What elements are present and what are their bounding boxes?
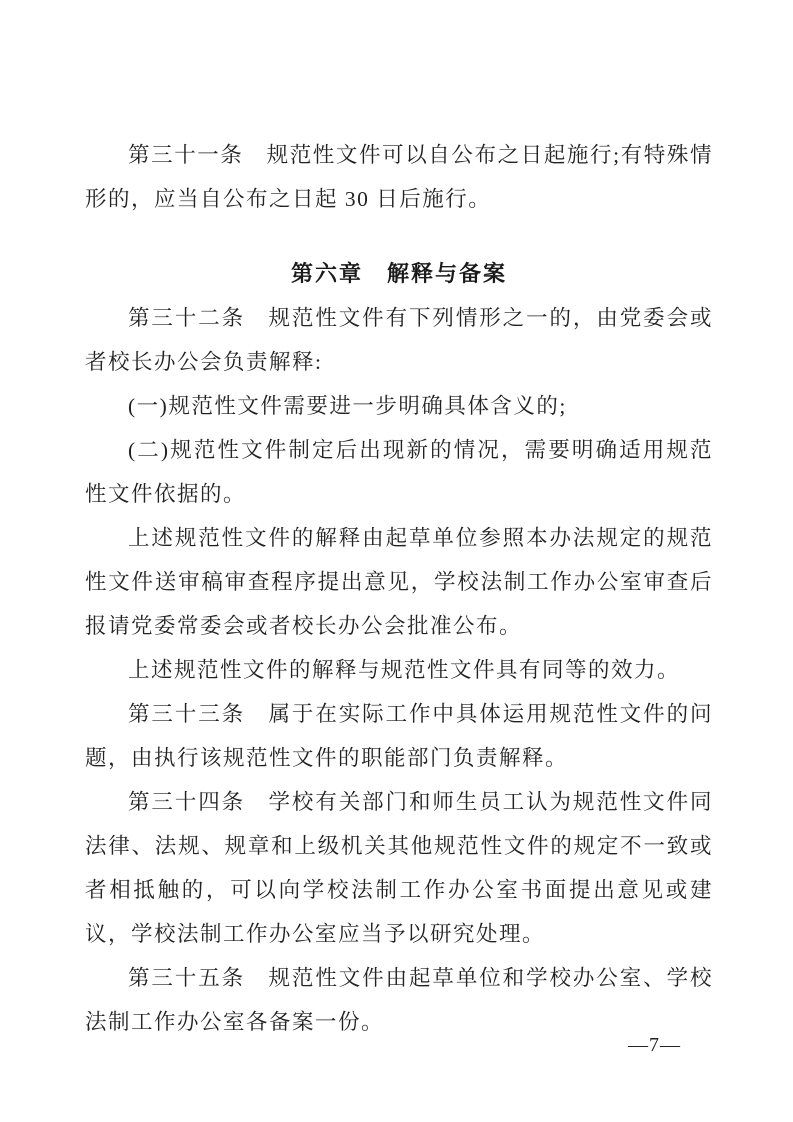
document-content: 第三十一条 规范性文件可以自公布之日起施行;有特殊情形的，应当自公布之日起 30… [85, 133, 713, 1044]
paragraph-interpretation-procedure: 上述规范性文件的解释由起草单位参照本办法规定的规范性文件送审稿审查程序提出意见，… [85, 516, 713, 648]
paragraph-interpretation-effect: 上述规范性文件的解释与规范性文件具有同等的效力。 [85, 648, 713, 692]
paragraph-article-33: 第三十三条 属于在实际工作中具体运用规范性文件的问题，由执行该规范性文件的职能部… [85, 692, 713, 780]
paragraph-article-35: 第三十五条 规范性文件由起草单位和学校办公室、学校法制工作办公室各备案一份。 [85, 956, 713, 1044]
paragraph-article-32-item-1: (一)规范性文件需要进一步明确具体含义的; [85, 384, 713, 428]
page-number: —7— [628, 1033, 681, 1057]
chapter-6-heading: 第六章 解释与备案 [85, 251, 713, 296]
paragraph-article-31: 第三十一条 规范性文件可以自公布之日起施行;有特殊情形的，应当自公布之日起 30… [85, 133, 713, 221]
paragraph-article-34: 第三十四条 学校有关部门和师生员工认为规范性文件同法律、法规、规章和上级机关其他… [85, 780, 713, 956]
paragraph-article-32-item-2: (二)规范性文件制定后出现新的情况，需要明确适用规范性文件依据的。 [85, 428, 713, 516]
document-page: 第三十一条 规范性文件可以自公布之日起施行;有特殊情形的，应当自公布之日起 30… [0, 0, 793, 1122]
paragraph-article-32: 第三十二条 规范性文件有下列情形之一的，由党委会或者校长办公会负责解释: [85, 296, 713, 384]
